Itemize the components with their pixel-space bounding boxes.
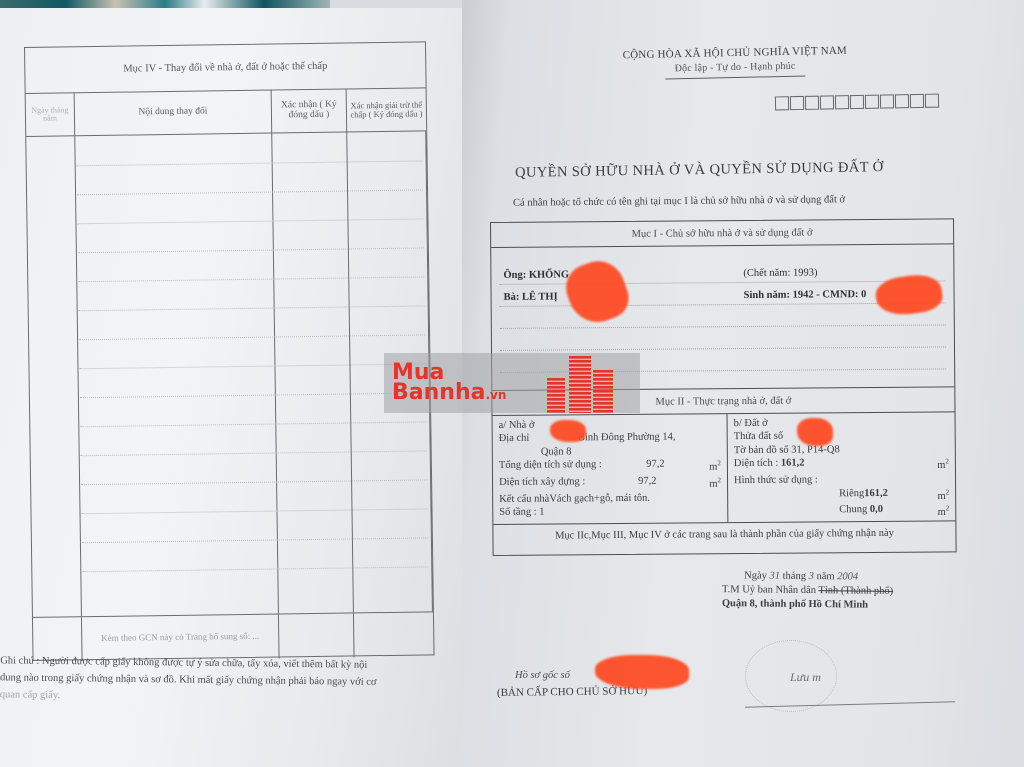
build-area-row: Diện tích xây dựng :97,2m2 — [499, 474, 721, 493]
signature: Lưu m — [790, 670, 821, 685]
buildings-icon — [547, 356, 617, 413]
redaction-mark — [550, 420, 586, 442]
section-i-title: Mục I - Chủ sở hữu nhà ở và sử dụng đất … — [491, 219, 953, 248]
total-area-row: Tổng diện tích sử dụng :97,2m2 — [499, 457, 721, 476]
owner-name: Bà: LÊ THỊ — [504, 291, 558, 302]
national-header: CỘNG HÒA XÃ HỘI CHỦ NGHĨA VIỆT NAM Độc l… — [590, 44, 881, 81]
shared-row: Chung 0,0m2 — [734, 503, 949, 522]
authority-location: Quận 8, thành phố Hồ Chí Minh — [722, 597, 893, 613]
owner-note: (Chết năm: 1993) — [743, 267, 817, 279]
table-header: Ngày tháng năm Nội dung thay đổi Xác nhậ… — [26, 88, 427, 137]
owner-note: Sinh năm: 1942 - CMND: 0 — [744, 289, 867, 301]
table-body — [26, 131, 433, 617]
private-row: Riêng161,2m2 — [734, 486, 949, 505]
redaction-mark — [595, 655, 689, 689]
motto: Độc lập - Tự do - Hạnh phúc — [590, 59, 880, 76]
owner-name: Ông: KHỔNG — [503, 269, 569, 281]
watermark-suffix: .vn — [485, 388, 506, 402]
certificate-footer-note: Mục IIc,Mục III, Mục IV ở các trang sau … — [493, 521, 955, 547]
issue-block: Ngày 31 tháng 3 năm 2004 T.M Uỷ ban Nhân… — [722, 569, 894, 613]
notice: Ghi chú : Người được cấp giấy không được… — [0, 652, 440, 708]
section-iv-title: Mục IV - Thay đổi về nhà ở, đất ở hoặc t… — [25, 42, 426, 94]
land-area-row: Diện tích : 161,2m2 — [734, 456, 949, 475]
col-confirm: Xác nhận ( Ký đóng dấu ) — [272, 89, 348, 132]
col-date: Ngày tháng năm — [26, 93, 76, 136]
house-info: a/ Nhà ở Địa chỉ Bình Đông Phường 14, Qu… — [493, 414, 729, 524]
floors-row: Số tầng : 1 — [499, 505, 721, 520]
col-content: Nội dung thay đổi — [75, 91, 273, 136]
redaction-mark — [797, 418, 833, 446]
serial-number-boxes — [775, 94, 940, 111]
watermark-logo: Mua Bannha.vn — [384, 353, 640, 413]
changes-table: Mục IV - Thay đổi về nhà ở, đất ở hoặc t… — [24, 41, 435, 661]
watermark-line2: Bannha — [392, 380, 485, 405]
land-info: b/ Đất ở Thửa đất số Tờ bản đồ số 31, P1… — [728, 412, 956, 522]
file-number-label: Hồ sơ gốc số — [515, 670, 570, 681]
col-release: Xác nhận giải trừ thế chấp ( Ký đóng dấu… — [347, 88, 427, 131]
